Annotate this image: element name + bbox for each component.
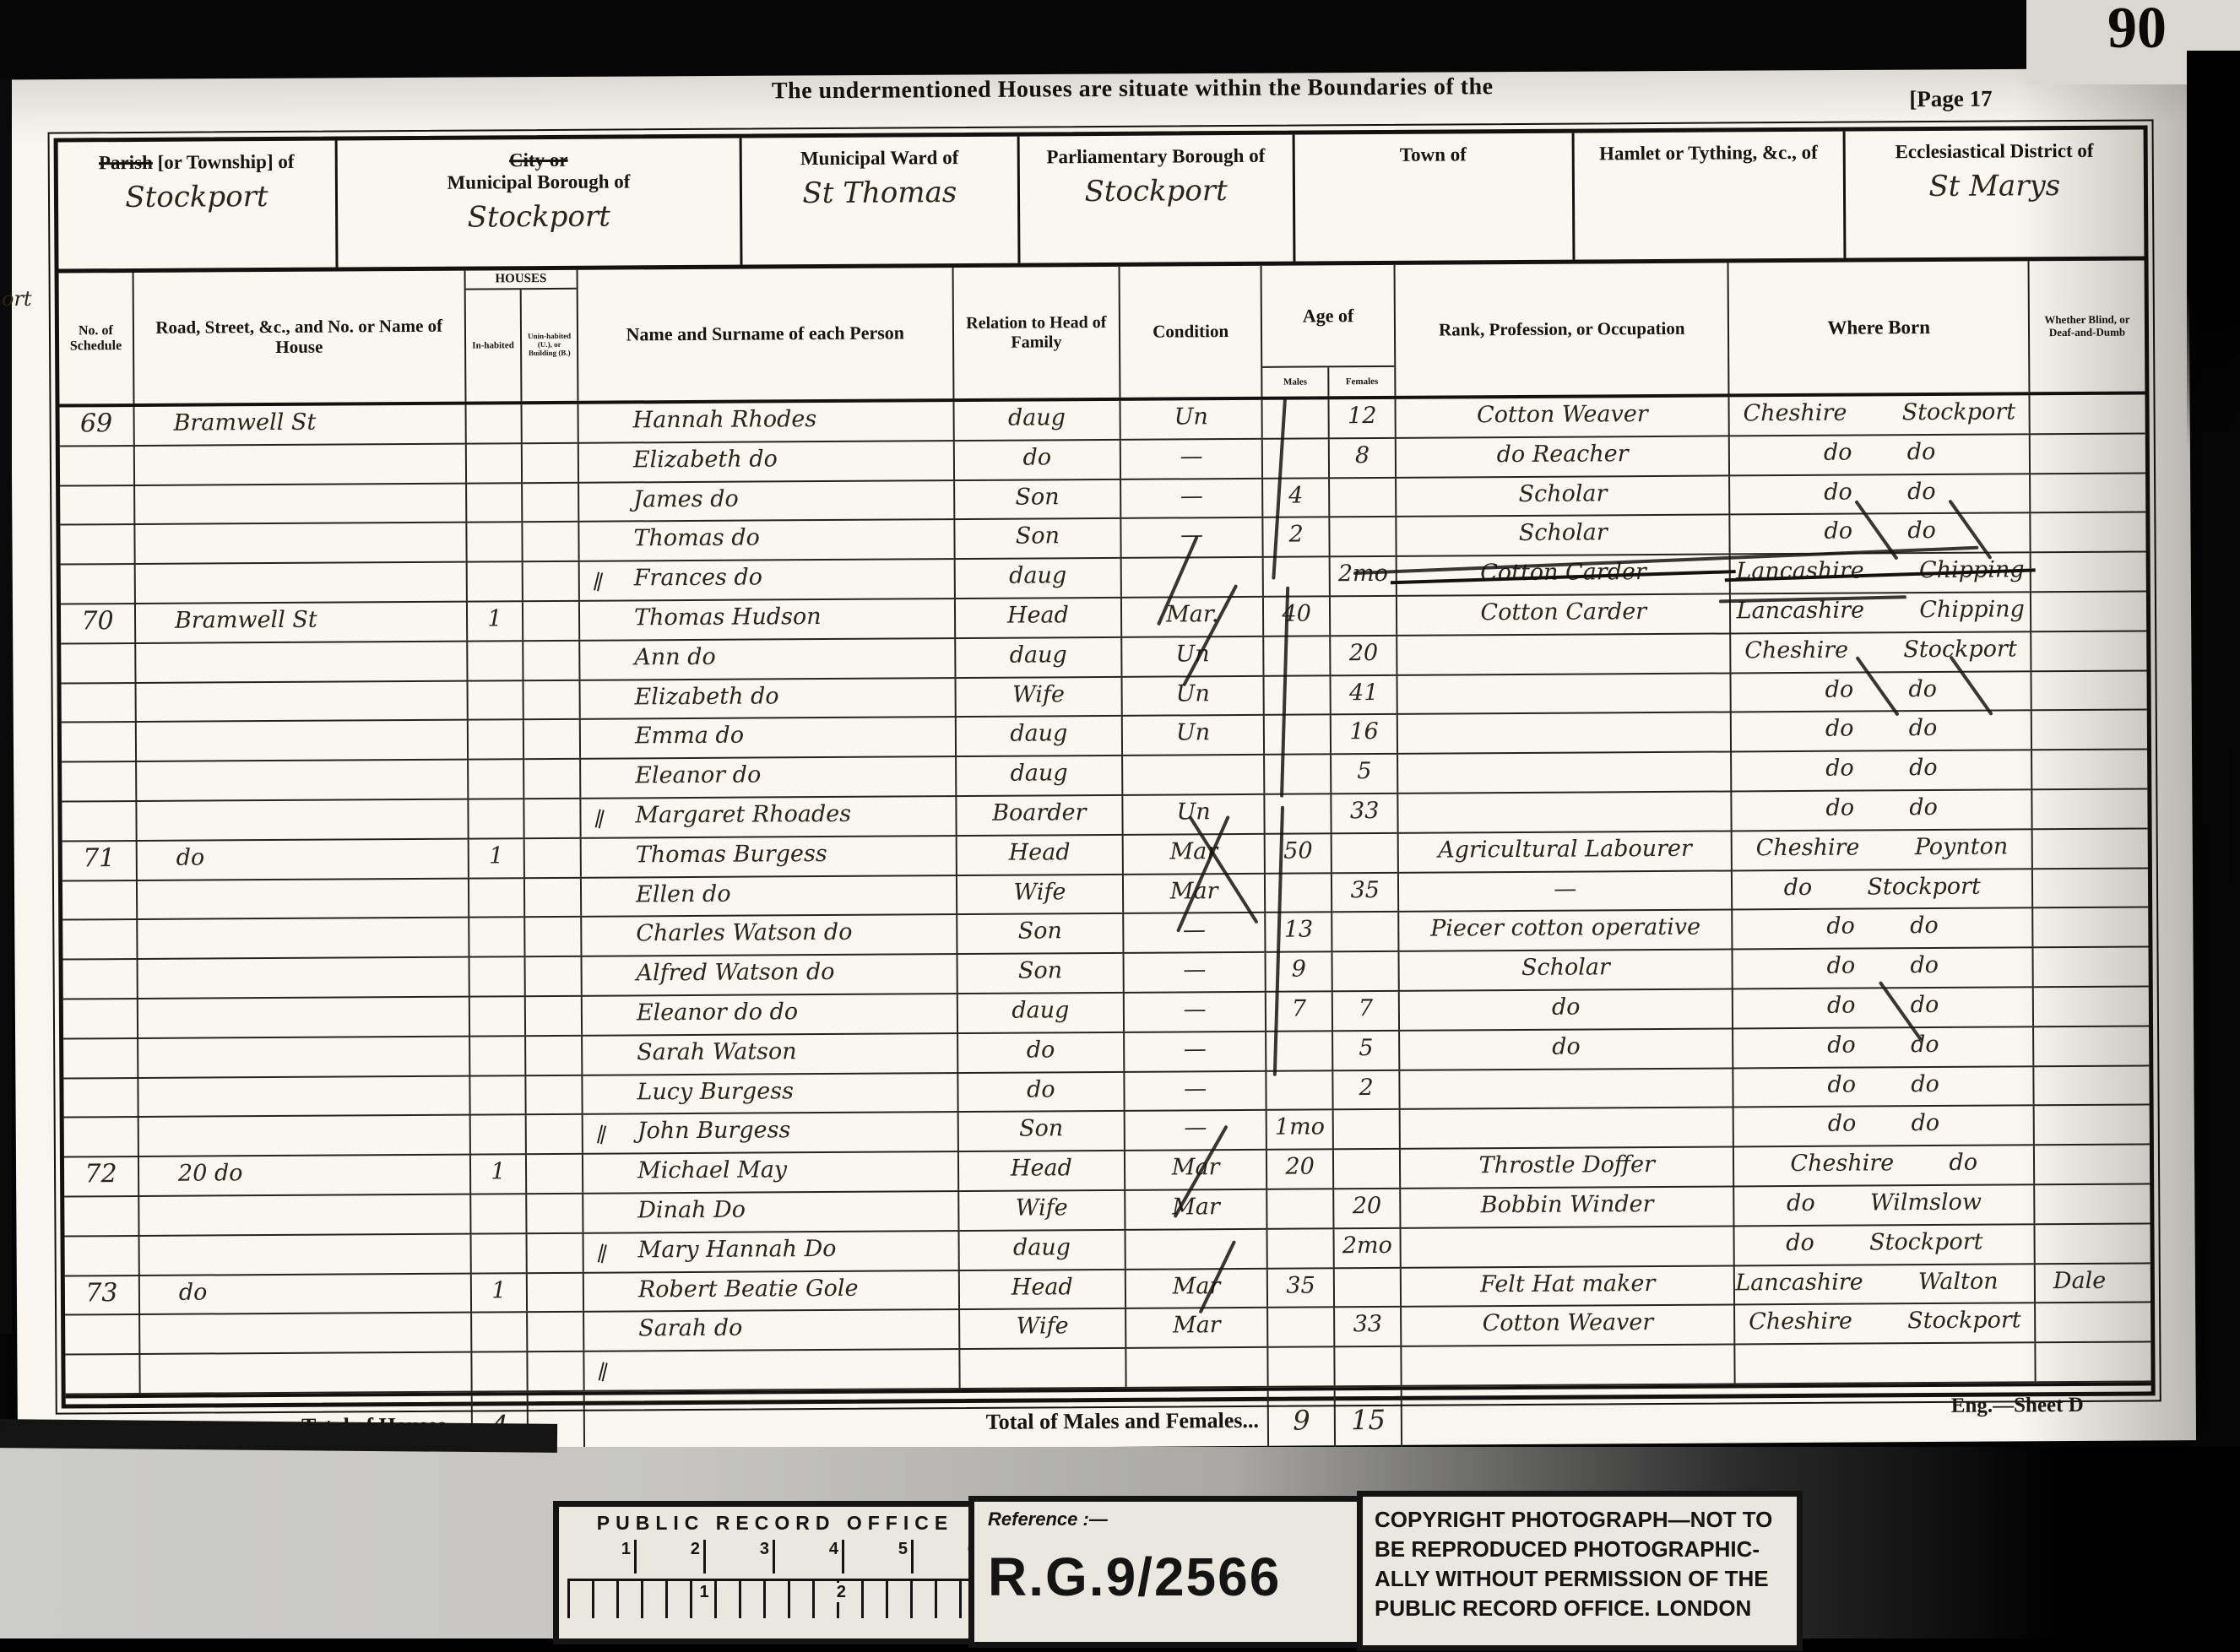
cell-occupation	[1399, 792, 1733, 831]
cell-occupation: Agricultural Labourer	[1399, 831, 1733, 871]
district-header-row: Parish [or Township] of Stockport City o…	[58, 129, 2145, 273]
cell-uninhabited	[527, 1155, 583, 1193]
cell-age-males	[1268, 1308, 1335, 1346]
cell-road: Bramwell St	[134, 405, 466, 445]
cell-occupation: —	[1399, 871, 1733, 911]
cell-relation: Wife	[960, 1309, 1127, 1348]
cell-relation: Son	[955, 519, 1122, 558]
cell-uninhabited	[525, 878, 582, 916]
cell-condition: —	[1125, 1032, 1266, 1071]
cell-age-females: 20	[1331, 636, 1397, 674]
cell-uninhabited	[527, 1115, 583, 1153]
cell-born: do do	[1732, 750, 2032, 790]
cell-uninhabited	[523, 404, 579, 442]
cell-age-females	[1332, 913, 1399, 951]
cell-blind	[2031, 513, 2145, 552]
cell-name: Thomas do	[579, 520, 955, 561]
cell-condition: —	[1121, 440, 1263, 479]
cell-occupation: Cotton Weaver	[1402, 1306, 1735, 1346]
district-parliamentary-value: Stockport	[1084, 174, 1227, 209]
cell-condition	[1122, 558, 1264, 597]
cell-occupation: do	[1400, 989, 1733, 1029]
cell-condition: Un	[1121, 400, 1263, 439]
cell-relation: daug	[955, 559, 1122, 598]
cell-relation: daug	[957, 994, 1125, 1032]
enumerator-tick-mark: ∥	[594, 1355, 611, 1389]
cell-uninhabited	[525, 839, 582, 877]
cell-inhabited: 1	[471, 1155, 528, 1193]
cell-blind	[2034, 1026, 2149, 1065]
cell-born: do do	[1730, 474, 2031, 514]
cell-relation: Head	[957, 836, 1124, 875]
cell-condition	[1123, 756, 1265, 794]
cell-blind	[2035, 1106, 2150, 1145]
cell-inhabited	[469, 879, 526, 917]
cell-name: Ellen do	[582, 876, 957, 917]
cell-occupation	[1397, 634, 1731, 674]
cell-condition: —	[1125, 993, 1266, 1032]
cell-born: Cheshire do	[1734, 1146, 2035, 1185]
cell-relation: Son	[957, 954, 1125, 993]
cell-uninhabited	[523, 562, 580, 600]
district-parish-value: Stockport	[125, 180, 268, 214]
enumerator-tick-mark: ∥	[594, 1237, 610, 1271]
cell-blind	[2034, 987, 2149, 1026]
cell-schedule	[60, 447, 135, 485]
cell-inhabited	[469, 997, 526, 1035]
cell-age-females: 5	[1332, 755, 1398, 793]
cell-uninhabited	[528, 1313, 584, 1351]
census-table: Parish [or Township] of Stockport City o…	[54, 125, 2156, 1408]
cell-age-males: 1mo	[1267, 1111, 1334, 1149]
cell-occupation: Felt Hat maker	[1402, 1266, 1735, 1306]
cell-age-females	[1335, 1268, 1402, 1306]
district-town: Town of	[1294, 133, 1575, 262]
cell-age-females: 2	[1334, 1070, 1401, 1108]
cell-name: ∥Frances do	[580, 560, 956, 600]
scan-top-black-band	[0, 0, 2077, 79]
cell-relation: do	[958, 1072, 1125, 1111]
cell-inhabited	[467, 523, 523, 561]
cell-inhabited: 1	[468, 602, 524, 640]
cell-age-males	[1268, 1229, 1335, 1267]
scan-dark-streak	[0, 1419, 557, 1453]
district-ecclesiastical-value: St Marys	[1928, 169, 2060, 203]
cell-schedule	[61, 565, 136, 603]
cell-blind	[2034, 948, 2149, 987]
cell-occupation	[1398, 753, 1732, 793]
cell-age-males: 50	[1266, 834, 1332, 872]
ruler-inch-scale: 1 2	[567, 1579, 983, 1618]
cell-born: Lancashire Chipping	[1731, 553, 2031, 593]
cell-relation: daug	[954, 401, 1121, 440]
enumerator-tick-mark: ∥	[589, 565, 606, 599]
col-age-males: Males	[1262, 367, 1329, 396]
cell-condition: —	[1121, 479, 1263, 517]
enumerator-tick-mark: ∥	[593, 1118, 610, 1152]
cell-inhabited	[469, 918, 526, 956]
cell-born: do do	[1733, 790, 2033, 830]
cell-age-females: 5	[1333, 1032, 1400, 1070]
cell-uninhabited	[529, 1352, 585, 1390]
cell-age-males	[1267, 1189, 1334, 1227]
cell-born: do do	[1730, 435, 2031, 474]
cell-road	[138, 958, 469, 998]
cell-road	[139, 1234, 471, 1274]
district-borough: City orMunicipal Borough of Stockport	[338, 138, 743, 268]
district-ward: Municipal Ward of St Thomas	[742, 137, 1020, 265]
cell-condition: —	[1124, 913, 1266, 952]
cell-relation: Wife	[956, 677, 1123, 716]
cell-inhabited	[468, 681, 524, 719]
cell-blind	[2036, 1343, 2151, 1382]
cell-schedule	[64, 1118, 139, 1156]
cell-schedule	[62, 684, 137, 722]
cell-uninhabited	[526, 957, 583, 995]
cell-schedule	[60, 486, 135, 524]
cell-inhabited	[466, 444, 523, 482]
cell-road	[135, 444, 467, 484]
cell-name: James do	[579, 481, 955, 522]
total-males-value: 9	[1293, 1404, 1310, 1436]
cell-blind	[2033, 908, 2148, 947]
cell-age-females: 2mo	[1335, 1229, 1402, 1267]
cell-road	[135, 484, 467, 523]
cell-uninhabited	[523, 523, 580, 561]
cell-name: Hannah Rhodes	[579, 402, 955, 442]
district-hamlet: Hamlet or Tything, &c., of	[1574, 132, 1846, 260]
cell-road	[136, 681, 468, 721]
cell-occupation: Throstle Doffer	[1401, 1148, 1734, 1188]
cell-uninhabited	[523, 444, 579, 482]
cell-occupation	[1401, 1069, 1734, 1108]
cell-road	[138, 998, 470, 1037]
cell-inhabited: 1	[471, 1274, 528, 1312]
cell-relation: daug	[957, 756, 1124, 795]
cell-occupation: Scholar	[1397, 476, 1730, 516]
cell-road: do	[138, 839, 469, 879]
cell-age-females: 2mo	[1331, 557, 1397, 595]
cell-road	[138, 1037, 470, 1076]
cell-schedule	[65, 1315, 140, 1353]
cell-condition: Mar	[1126, 1269, 1268, 1308]
cell-inhabited	[467, 484, 523, 522]
cell-age-males	[1263, 399, 1330, 437]
cell-age-females: 33	[1335, 1308, 1402, 1346]
cell-name: Charles Watson do	[582, 915, 957, 956]
cell-uninhabited	[524, 760, 581, 798]
col-uninhabited: Unin-habited (U.), or Building (B.)	[522, 290, 577, 401]
cell-age-males: 40	[1264, 597, 1331, 635]
cell-schedule	[61, 644, 136, 682]
cell-born: Cheshire Stockport	[1730, 395, 2031, 435]
cell-uninhabited	[527, 1075, 583, 1113]
cell-born: do do	[1733, 1027, 2034, 1067]
cell-name: ∥John Burgess	[583, 1113, 959, 1153]
cell-uninhabited	[528, 1273, 584, 1311]
cell-inhabited	[470, 1037, 527, 1075]
cell-relation: Head	[956, 599, 1123, 637]
cell-age-females	[1333, 952, 1400, 990]
cell-road	[139, 1116, 471, 1156]
cell-road	[138, 918, 469, 958]
cell-schedule: 71	[62, 842, 138, 880]
scan-right-shadow	[2187, 51, 2240, 447]
cell-age-females	[1331, 597, 1397, 635]
cell-relation: Head	[959, 1151, 1126, 1190]
cell-condition: Mar	[1124, 835, 1266, 874]
cell-age-females: 16	[1332, 715, 1398, 753]
reference-number: R.G.9/2566	[988, 1546, 1369, 1608]
cell-inhabited	[471, 1234, 528, 1272]
cell-road	[136, 642, 468, 681]
cell-road	[137, 761, 469, 800]
cell-name: Thomas Burgess	[582, 837, 957, 877]
cell-age-females	[1332, 834, 1399, 872]
district-ward-value: St Thomas	[802, 176, 957, 210]
cell-blind	[2033, 829, 2148, 868]
cell-born: do Wilmslow	[1735, 1185, 2036, 1225]
cell-blind	[2033, 869, 2148, 907]
pro-reference-stamp: Reference :— R.G.9/2566	[968, 1496, 1387, 1648]
cell-name: ∥	[584, 1350, 960, 1390]
cell-condition: Un	[1123, 676, 1265, 715]
cell-road: Bramwell St	[136, 603, 468, 642]
cell-uninhabited	[526, 1037, 583, 1075]
cell-relation: Boarder	[957, 796, 1124, 835]
cell-age-males	[1266, 1071, 1333, 1109]
cell-occupation: do Reacher	[1397, 436, 1730, 476]
cell-blind	[2034, 1066, 2149, 1105]
cell-born: Lancashire Walton Dale	[1735, 1265, 2036, 1304]
cell-condition: Un	[1123, 716, 1265, 755]
cell-road: do	[140, 1274, 472, 1313]
col-condition: Condition	[1120, 266, 1263, 398]
cell-inhabited	[471, 1194, 528, 1232]
total-females-value: 15	[1351, 1404, 1386, 1436]
cell-age-females: 20	[1334, 1189, 1401, 1227]
sheet-title: The undermentioned Houses are situate wi…	[372, 71, 1892, 107]
folio-number: 90	[2107, 0, 2167, 62]
cell-relation: Son	[955, 479, 1122, 518]
cell-schedule	[65, 1237, 140, 1275]
cell-born: do do	[1734, 1067, 2035, 1107]
cell-name: Lucy Burgess	[583, 1074, 958, 1114]
cell-relation: Head	[959, 1270, 1126, 1308]
cell-condition: Mar	[1125, 1190, 1267, 1229]
cell-relation: daug	[959, 1231, 1126, 1270]
cell-blind	[2032, 711, 2147, 750]
cell-occupation	[1398, 674, 1732, 713]
col-houses-group: HOUSES In-habited Unin-habited (U.), or …	[465, 270, 578, 402]
cell-schedule	[65, 1355, 140, 1393]
cell-schedule	[62, 881, 138, 919]
cell-blind	[2031, 474, 2145, 512]
cell-occupation	[1401, 1108, 1734, 1148]
cell-inhabited	[470, 1116, 527, 1154]
table-body: 69Bramwell StHannah RhodesdaugUn12Cotton…	[60, 394, 2151, 1395]
cell-name: Alfred Watson do	[583, 955, 958, 995]
cell-born: do do	[1733, 909, 2034, 949]
col-age-group: Age of Males Females	[1262, 265, 1397, 397]
cell-schedule: 73	[65, 1276, 140, 1314]
struck-word: Parish	[99, 152, 153, 173]
column-header-row: No. of Schedule Road, Street, &c., and N…	[59, 260, 2145, 407]
scan-left-edge	[0, 68, 12, 1334]
margin-handwriting-fragment: ort	[2, 287, 32, 311]
cell-blind	[2031, 553, 2146, 592]
cell-uninhabited	[524, 642, 581, 680]
cell-blind	[2032, 789, 2147, 828]
cell-name: ∥Margaret Rhoades	[581, 797, 957, 837]
cell-schedule	[63, 960, 138, 998]
cell-age-females: 33	[1332, 794, 1399, 832]
cell-age-females	[1331, 517, 1397, 555]
cell-schedule	[62, 920, 138, 958]
cell-age-females	[1334, 1150, 1401, 1188]
cell-uninhabited	[523, 483, 579, 521]
district-ecclesiastical: Ecclesiastical District of St Marys	[1845, 129, 2144, 257]
cell-name: Robert Beatie Gole	[584, 1271, 960, 1312]
cell-name: Elizabeth do	[579, 441, 955, 482]
cell-relation: do	[958, 1033, 1125, 1072]
cell-inhabited	[470, 1076, 527, 1114]
cell-condition: Mar.	[1122, 598, 1264, 636]
cell-condition: —	[1125, 953, 1266, 992]
cell-road	[138, 879, 469, 918]
cell-schedule	[60, 525, 135, 563]
cell-schedule	[63, 999, 138, 1037]
cell-born: do do	[1734, 1107, 2035, 1146]
cell-name: Thomas Hudson	[580, 599, 956, 640]
cell-name: Sarah Watson	[583, 1034, 958, 1075]
cell-road	[139, 1195, 471, 1235]
cell-age-males	[1265, 756, 1332, 794]
struck-word: City or	[509, 149, 568, 171]
cell-schedule	[64, 1197, 139, 1235]
cell-age-females: 41	[1332, 675, 1398, 713]
census-scan-page: 90 ort The undermentioned Houses are sit…	[0, 0, 2240, 1652]
cell-name: Eleanor do do	[583, 994, 958, 1035]
cell-condition: —	[1122, 518, 1264, 557]
cell-born	[1736, 1343, 2037, 1383]
cell-occupation	[1402, 1346, 1736, 1385]
cell-age-females: 12	[1330, 399, 1397, 437]
cell-uninhabited	[524, 720, 581, 758]
cell-age-males: 4	[1263, 479, 1330, 517]
cell-inhabited	[472, 1313, 529, 1351]
cell-born: do do	[1732, 712, 2032, 751]
col-age-females: Females	[1329, 367, 1394, 396]
cell-name: Elizabeth do	[581, 679, 957, 719]
cell-blind	[2031, 592, 2146, 631]
cell-schedule: 69	[60, 407, 135, 445]
cell-age-males	[1265, 794, 1332, 832]
cell-inhabited	[466, 404, 523, 442]
cell-condition	[1127, 1348, 1269, 1387]
ruler-cm-scale: 123456	[567, 1540, 983, 1579]
cell-relation: Wife	[959, 1191, 1126, 1230]
cell-name: Ann do	[580, 639, 956, 680]
cell-road	[140, 1313, 472, 1353]
col-born: Where Born	[1729, 261, 2031, 393]
cell-blind	[2036, 1264, 2151, 1303]
cell-inhabited	[469, 760, 525, 798]
cell-age-males	[1265, 676, 1332, 714]
cell-age-females: 35	[1332, 873, 1399, 911]
cell-relation: Son	[958, 1112, 1125, 1151]
col-inhabited: In-habited	[465, 290, 522, 401]
pro-copyright-stamp: COPYRIGHT PHOTOGRAPH—NOT TO BE REPRODUCE…	[1357, 1491, 1803, 1651]
cell-uninhabited	[528, 1233, 584, 1271]
cell-born: Cheshire Stockport	[1735, 1304, 2036, 1344]
cell-road	[135, 523, 467, 563]
cell-occupation: Scholar	[1397, 516, 1731, 555]
cell-condition: —	[1125, 1071, 1267, 1110]
cell-condition: —	[1125, 1111, 1267, 1150]
cell-relation	[960, 1349, 1127, 1388]
cell-born: do do	[1733, 948, 2034, 988]
cell-schedule: 70	[61, 604, 136, 642]
cell-blind	[2036, 1224, 2151, 1263]
cell-born: Cheshire Poynton	[1733, 830, 2033, 869]
cell-occupation: Scholar	[1400, 951, 1733, 990]
cell-schedule	[62, 723, 137, 761]
cell-blind	[2035, 1146, 2150, 1184]
cell-age-females	[1336, 1347, 1402, 1385]
cell-uninhabited	[525, 799, 582, 837]
cell-name: Eleanor do	[581, 757, 957, 798]
cell-condition: Mar	[1126, 1308, 1268, 1347]
district-parliamentary: Parliamentary Borough of Stockport	[1019, 135, 1295, 263]
cell-road	[138, 1076, 470, 1116]
cell-road	[136, 563, 468, 603]
cell-blind	[2036, 1303, 2151, 1342]
cell-occupation: do	[1400, 1029, 1733, 1069]
sheet-series-label: Eng.—Sheet D	[1951, 1394, 2084, 1418]
cell-age-females	[1330, 478, 1397, 516]
pro-ruler-stamp: PUBLIC RECORD OFFICE 123456 1 2	[553, 1501, 997, 1644]
cell-uninhabited	[528, 1194, 584, 1232]
cell-relation: daug	[956, 638, 1123, 677]
cell-born: do Stockport	[1733, 869, 2033, 909]
cell-relation: Son	[957, 914, 1125, 953]
cell-inhabited: 1	[469, 839, 525, 877]
cell-occupation: Cotton Carder	[1397, 594, 1731, 634]
cell-relation: do	[954, 441, 1121, 479]
cell-uninhabited	[526, 997, 583, 1035]
census-sheet: The undermentioned Houses are situate wi…	[9, 41, 2196, 1454]
cell-inhabited	[468, 642, 524, 680]
total-males-females-label: Total of Males and Females...	[986, 1408, 1259, 1435]
cell-born: do do	[1733, 988, 2034, 1027]
cell-relation: Wife	[957, 875, 1125, 913]
enumerator-tick-mark: ∥	[591, 802, 608, 837]
cell-road	[140, 1353, 472, 1393]
cell-born: Cheshire Stockport	[1732, 632, 2032, 672]
cell-schedule	[62, 762, 137, 800]
cell-condition	[1126, 1230, 1268, 1269]
cell-occupation	[1402, 1227, 1735, 1266]
cell-age-males: 35	[1268, 1269, 1335, 1307]
cell-age-females	[1334, 1110, 1401, 1148]
cell-inhabited	[472, 1352, 529, 1390]
cell-schedule	[62, 802, 137, 840]
cell-blind	[2032, 750, 2147, 789]
cell-name: Sarah do	[584, 1310, 960, 1351]
pro-office-title: PUBLIC RECORD OFFICE	[567, 1512, 983, 1535]
cell-blind	[2031, 394, 2145, 433]
